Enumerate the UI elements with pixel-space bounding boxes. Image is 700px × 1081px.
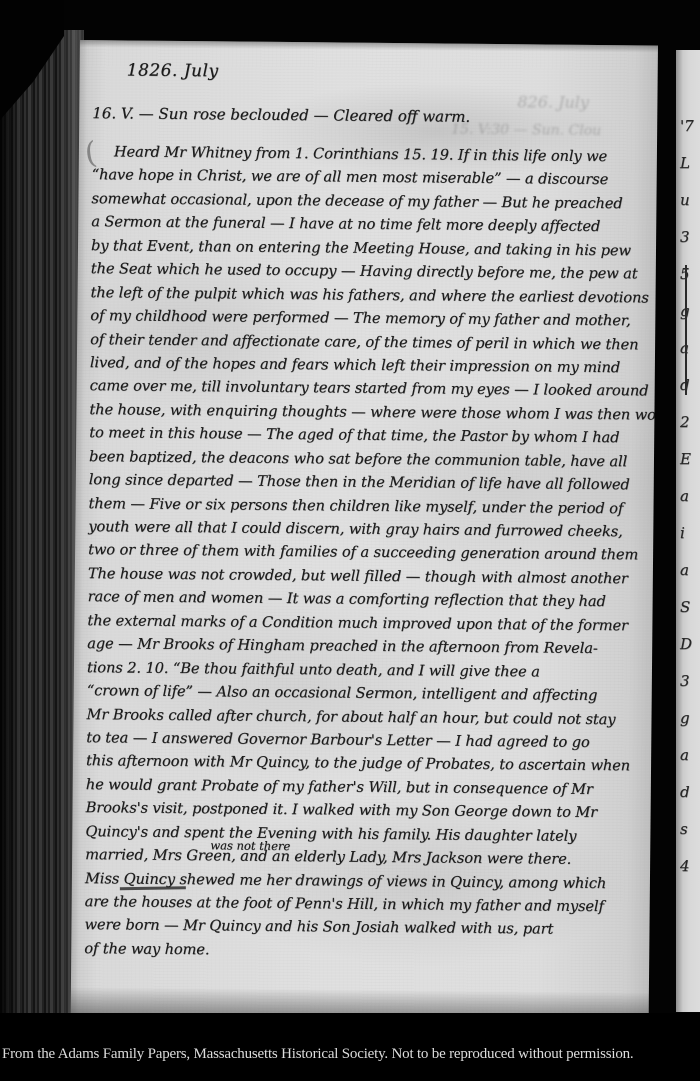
- weather-line: 16. V. — Sun rose beclouded — Cleared of…: [92, 104, 470, 126]
- caption-bar: From the Adams Family Papers, Massachuse…: [0, 1013, 700, 1081]
- diary-entry-body: Heard Mr Whitney from 1. Corinthians 15.…: [84, 140, 648, 966]
- facing-page-vertical-stroke: [685, 265, 687, 395]
- interline-insertion: was not there: [210, 838, 290, 853]
- copyright-caption: From the Adams Family Papers, Massachuse…: [2, 1046, 633, 1063]
- manuscript-scan: 826. July 15. V:30 — Sun. Clou 1826. Jul…: [0, 0, 700, 1081]
- date-heading: 1826. July: [127, 60, 219, 81]
- bleedthrough-text: 826. July: [517, 92, 589, 112]
- bleedthrough-text: 15. V:30 — Sun. Clou: [451, 122, 601, 139]
- facing-page-sliver: '7 L u 3 5 g a d 2 E a i a S D 3 g a d s…: [676, 50, 700, 1012]
- manuscript-line: of the way home.: [84, 937, 640, 966]
- diary-page: 826. July 15. V:30 — Sun. Clou 1826. Jul…: [71, 40, 658, 1022]
- facing-page-cutoff-letters: '7 L u 3 5 g a d 2 E a i a S D 3 g a d s…: [680, 108, 694, 885]
